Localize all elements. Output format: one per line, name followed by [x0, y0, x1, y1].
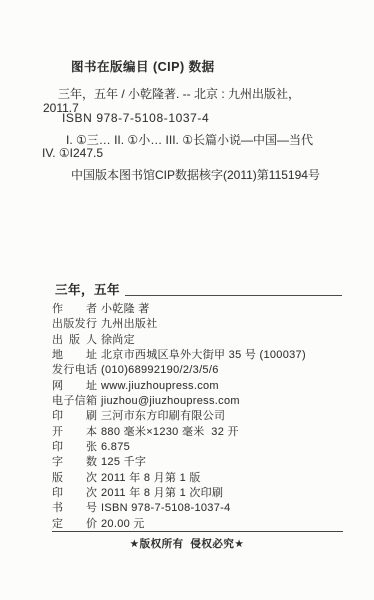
- colophon-row: 电子信箱 jiuzhou@jiuzhoupress.com: [52, 395, 356, 410]
- colophon-row: 开本 880 毫米×1230 毫米 32 开: [52, 426, 356, 441]
- row-value: 2011 年 8 月第 1 版: [101, 472, 201, 485]
- row-label: 网址: [52, 380, 97, 393]
- row-label: 定价: [52, 518, 97, 531]
- title-row: 三年，五年: [55, 283, 342, 297]
- row-label: 出版发行: [52, 318, 97, 331]
- row-label: 版次: [52, 472, 97, 485]
- row-label: 开本: [52, 426, 97, 439]
- row-value: 徐尚定: [101, 334, 135, 347]
- colophon-row: 发行电话 (010)68992190/2/3/5/6: [52, 364, 356, 379]
- cip-isbn-line: ISBN 978-7-5108-1037-4: [62, 112, 209, 125]
- row-value: 三河市东方印刷有限公司: [101, 410, 225, 423]
- row-value: 20.00 元: [101, 518, 145, 531]
- row-value: 小乾隆 著: [101, 303, 150, 316]
- colophon-row: 版次 2011 年 8 月第 1 版: [52, 472, 356, 487]
- colophon-row: 字数 125 千字: [52, 456, 356, 471]
- cip-classification-line-2: IV. ①I247.5: [42, 147, 103, 160]
- colophon-row: 出版发行 九州出版社: [52, 318, 356, 333]
- cip-classification-line-1: I. ①三… II. ①小… III. ①长篇小说—中国—当代: [66, 134, 313, 147]
- row-value: 九州出版社: [101, 318, 158, 331]
- colophon-row: 作者 小乾隆 著: [52, 303, 356, 318]
- book-title: 三年，五年: [55, 283, 120, 297]
- colophon-row: 出版人 徐尚定: [52, 334, 356, 349]
- title-rule-divider: [125, 295, 342, 296]
- row-value: www.jiuzhoupress.com: [101, 380, 219, 393]
- colophon-row: 印刷 三河市东方印刷有限公司: [52, 410, 356, 425]
- colophon-row: 印张 6.875: [52, 441, 356, 456]
- row-label: 书号: [52, 502, 97, 515]
- colophon-row: 书号 ISBN 978-7-5108-1037-4: [52, 502, 356, 517]
- book-copyright-page: 图书在版编目 (CIP) 数据 三年，五年 / 小乾隆著. -- 北京 : 九州…: [0, 0, 374, 600]
- row-value: 880 毫米×1230 毫米 32 开: [101, 426, 239, 439]
- cip-heading: 图书在版编目 (CIP) 数据: [71, 61, 215, 74]
- colophon-row: 地址 北京市西城区阜外大街甲 35 号 (100037): [52, 349, 356, 364]
- row-label: 地址: [52, 349, 97, 362]
- row-label: 电子信箱: [52, 395, 97, 408]
- row-value: 北京市西城区阜外大街甲 35 号 (100037): [101, 349, 306, 362]
- row-value: jiuzhou@jiuzhoupress.com: [101, 395, 240, 408]
- row-label: 发行电话: [52, 364, 97, 377]
- row-value: 125 千字: [101, 456, 146, 469]
- colophon-row: 印次 2011 年 8 月第 1 次印刷: [52, 487, 356, 502]
- row-label: 印刷: [52, 410, 97, 423]
- row-value: ISBN 978-7-5108-1037-4: [101, 502, 231, 515]
- row-label: 印张: [52, 441, 97, 454]
- copyright-notice: ★版权所有 侵权必究★: [0, 536, 374, 551]
- row-label: 字数: [52, 456, 97, 469]
- row-label: 作者: [52, 303, 97, 316]
- cip-record-number-line: 中国版本图书馆CIP数据核字(2011)第115194号: [71, 169, 320, 182]
- cip-entry-line-1: 三年，五年 / 小乾隆著. -- 北京 : 九州出版社，: [58, 88, 300, 101]
- colophon-rows: 作者 小乾隆 著 出版发行 九州出版社 出版人 徐尚定 地址 北京市西城区阜外大…: [52, 303, 356, 533]
- row-value: 2011 年 8 月第 1 次印刷: [101, 487, 223, 500]
- row-label: 印次: [52, 487, 97, 500]
- row-value: (010)68992190/2/3/5/6: [101, 364, 219, 377]
- row-value: 6.875: [101, 441, 130, 454]
- colophon-row: 网址 www.jiuzhoupress.com: [52, 380, 356, 395]
- row-label: 出版人: [52, 334, 97, 347]
- bottom-divider: [52, 531, 343, 532]
